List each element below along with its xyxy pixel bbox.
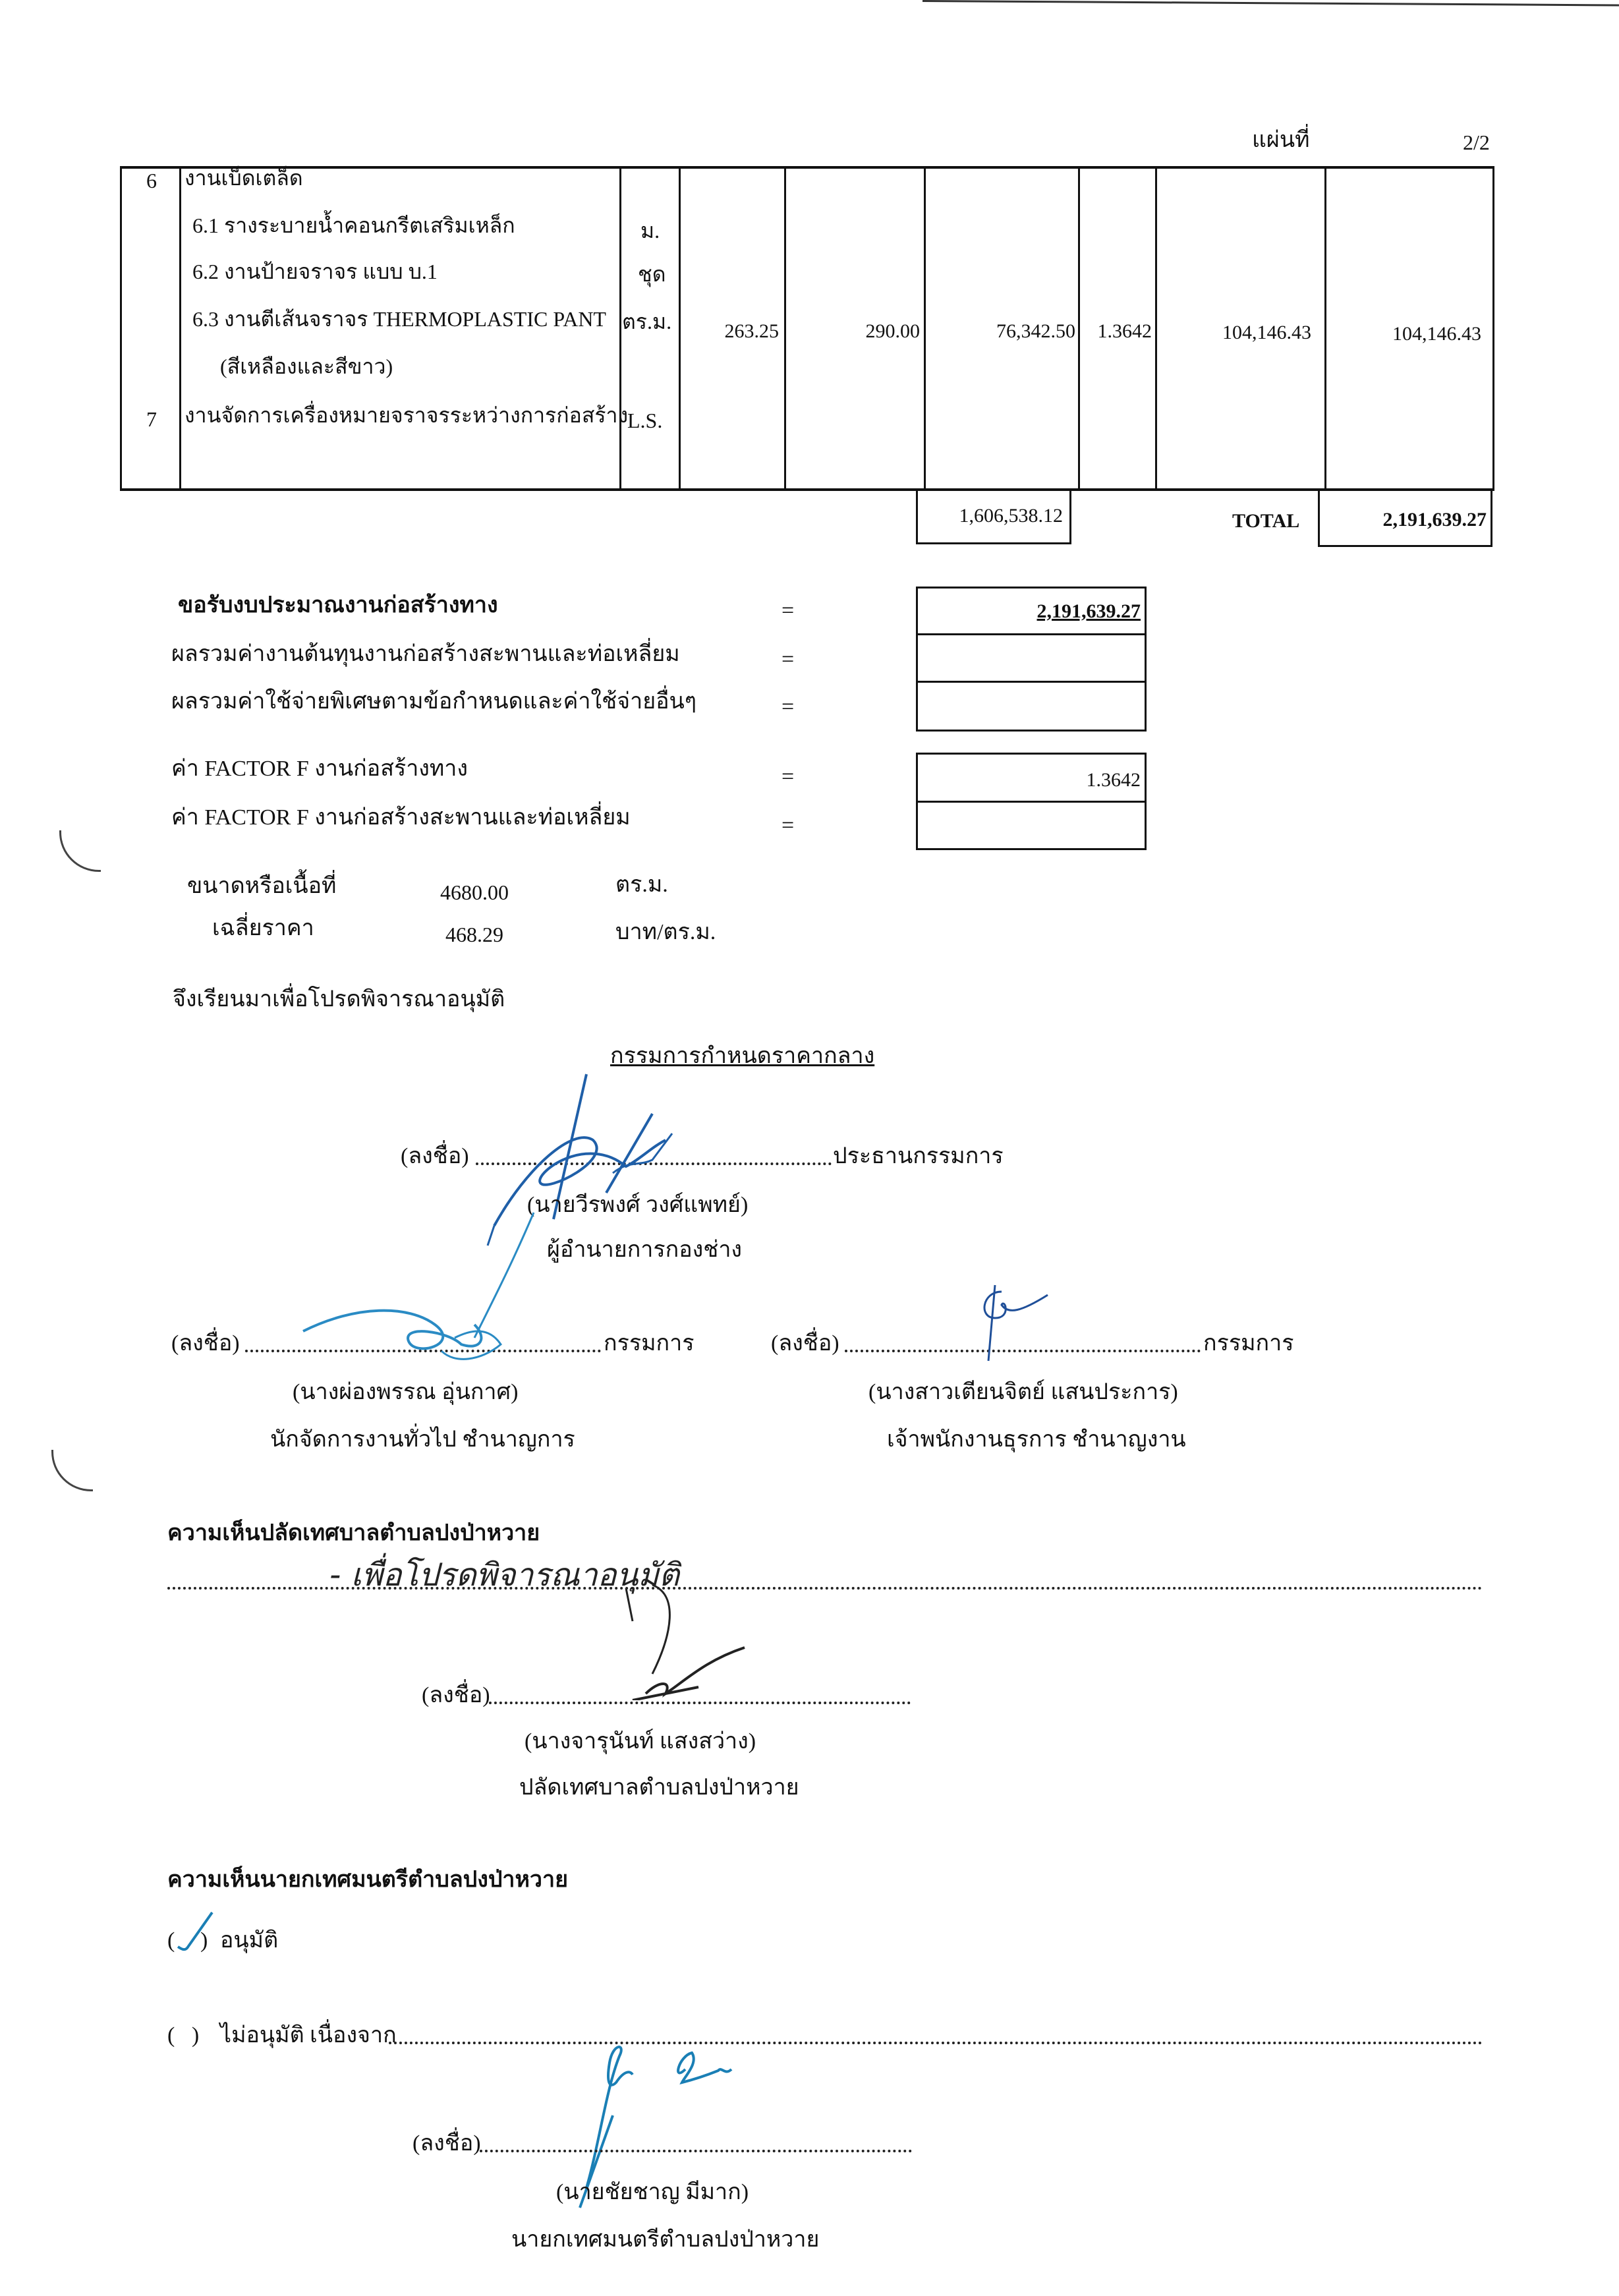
summary-label: ผลรวมค่างานต้นทุนงานก่อสร้างสะพานและท่อเ…: [171, 643, 680, 666]
closing-text: จึงเรียนมาเพื่อโปรดพิจารณาอนุมัติ: [173, 989, 505, 1011]
chair-role: ประธานกรรมการ: [833, 1145, 1004, 1168]
member1-signature: [290, 1278, 567, 1377]
sign-prefix: (ลงชื่อ): [771, 1333, 839, 1355]
checkmark-icon: [175, 1909, 215, 1958]
subtotal-box: 1,606,538.12: [916, 490, 1071, 544]
row-number: 6: [146, 170, 157, 191]
member2-position: เจ้าพนักงานธุรการ ชำนาญงาน: [887, 1429, 1186, 1451]
amount-cell: 76,342.50: [929, 322, 1075, 341]
equals-sign: =: [781, 696, 794, 718]
average-label: เฉลี่ยราคา: [212, 917, 314, 940]
factor-label: ค่า FACTOR F งานก่อสร้างทาง: [171, 758, 468, 780]
factor-cell: 1.3642: [1081, 322, 1152, 341]
sign-prefix: (ลงชื่อ): [412, 2133, 481, 2155]
row-unit: ม.: [640, 220, 660, 241]
price-with-factor-cell: 104,146.43: [1160, 323, 1311, 343]
area-value: 4680.00: [440, 882, 509, 903]
total-cell: 104,146.43: [1328, 324, 1481, 344]
sign-prefix: (ลงชื่อ): [422, 1684, 490, 1707]
area-label: ขนาดหรือเนื้อที่: [187, 875, 336, 898]
equals-sign: =: [781, 648, 794, 671]
row-description: 6.3 งานตีเส้นจราจร THERMOPLASTIC PANT: [192, 308, 621, 330]
summary-label: ขอรับงบประมาณงานก่อสร้างทาง: [178, 594, 498, 617]
requested-budget-value: 2,191,639.27: [1037, 602, 1141, 621]
sheet-label: แผ่นที่: [1252, 129, 1310, 152]
row-number: 7: [146, 409, 157, 430]
approve-checkbox-open: (: [167, 1930, 175, 1952]
grand-total-box: 2,191,639.27: [1318, 490, 1492, 547]
equals-sign: =: [781, 766, 794, 788]
grand-total-value: 2,191,639.27: [1383, 510, 1487, 530]
mayor-heading: ความเห็นนายกเทศมนตรีตำบลปงป่าหวาย: [167, 1869, 568, 1891]
row-description: งานจัดการเครื่องหมายจราจรระหว่างการก่อสร…: [185, 405, 628, 426]
deputy-position: ปลัดเทศบาลตำบลปงป่าหวาย: [519, 1777, 799, 1799]
punch-hole-mark: [59, 830, 101, 872]
approve-label: อนุมัติ: [220, 1930, 278, 1952]
chair-position: ผู้อำนายการกองช่าง: [547, 1239, 742, 1261]
deputy-heading: ความเห็นปลัดเทศบาลตำบลปงป่าหวาย: [167, 1522, 540, 1545]
punch-hole-mark: [51, 1450, 93, 1491]
equals-sign: =: [781, 815, 794, 837]
sign-prefix: (ลงชื่อ): [171, 1333, 240, 1355]
scan-edge: [923, 0, 1619, 11]
row-unit: L.S.: [627, 410, 662, 431]
row-description: (สีเหลืองและสีขาว): [220, 356, 393, 377]
reject-checkbox: ( ): [167, 2024, 199, 2047]
mayor-name: (นายชัยชาญ มีมาก): [556, 2181, 749, 2204]
sheet-number: 2/2: [1463, 132, 1490, 153]
average-value: 468.29: [445, 924, 503, 945]
factor-value-box: 1.3642: [916, 753, 1147, 850]
reject-label: ไม่อนุมัติ เนื่องจาก: [220, 2024, 397, 2047]
approve-checkbox-close: ): [200, 1930, 208, 1952]
row-description: 6.2 งานป้ายจราจร แบบ บ.1: [192, 261, 438, 282]
row-description: งานเบ็ดเตล็ด: [185, 167, 303, 188]
member2-name: (นางสาวเตียนจิตย์ แสนประการ): [868, 1381, 1178, 1404]
row-unit: ตร.ม.: [622, 311, 671, 332]
quantity-cell: 263.25: [685, 322, 779, 341]
member1-name: (นางผ่องพรรณ อุ่นกาศ): [293, 1381, 518, 1404]
average-unit: บาท/ตร.ม.: [615, 921, 716, 944]
subtotal-value: 1,606,538.12: [959, 506, 1064, 526]
factor-label: ค่า FACTOR F งานก่อสร้างสะพานและท่อเหลี่…: [171, 807, 631, 829]
member2-role: กรรมการ: [1203, 1333, 1293, 1355]
committee-heading: กรรมการกำหนดราคากลาง: [610, 1045, 874, 1068]
area-unit: ตร.ม.: [615, 874, 668, 896]
summary-value-box: 2,191,639.27: [916, 587, 1147, 732]
unit-price-cell: 290.00: [791, 322, 920, 341]
summary-label: ผลรวมค่าใช้จ่ายพิเศษตามข้อกำหนดและค่าใช้…: [171, 691, 696, 713]
member1-role: กรรมการ: [604, 1333, 694, 1355]
factor-road-value: 1.3642: [1087, 770, 1141, 790]
total-label: TOTAL: [1232, 511, 1299, 531]
member1-position: นักจัดการงานทั่วไป ชำนาญการ: [270, 1429, 575, 1451]
mayor-position: นายกเทศมนตรีตำบลปงป่าหวาย: [511, 2229, 819, 2251]
deputy-name: (นางจารุนันท์ แสงสว่าง): [525, 1731, 756, 1753]
row-unit: ชุด: [638, 264, 666, 285]
member2-signature: [975, 1278, 1067, 1364]
row-description: 6.1 รางระบายน้ำคอนกรีตเสริมเหล็ก: [192, 215, 515, 236]
deputy-signature: [573, 1582, 771, 1700]
equals-sign: =: [781, 600, 794, 622]
